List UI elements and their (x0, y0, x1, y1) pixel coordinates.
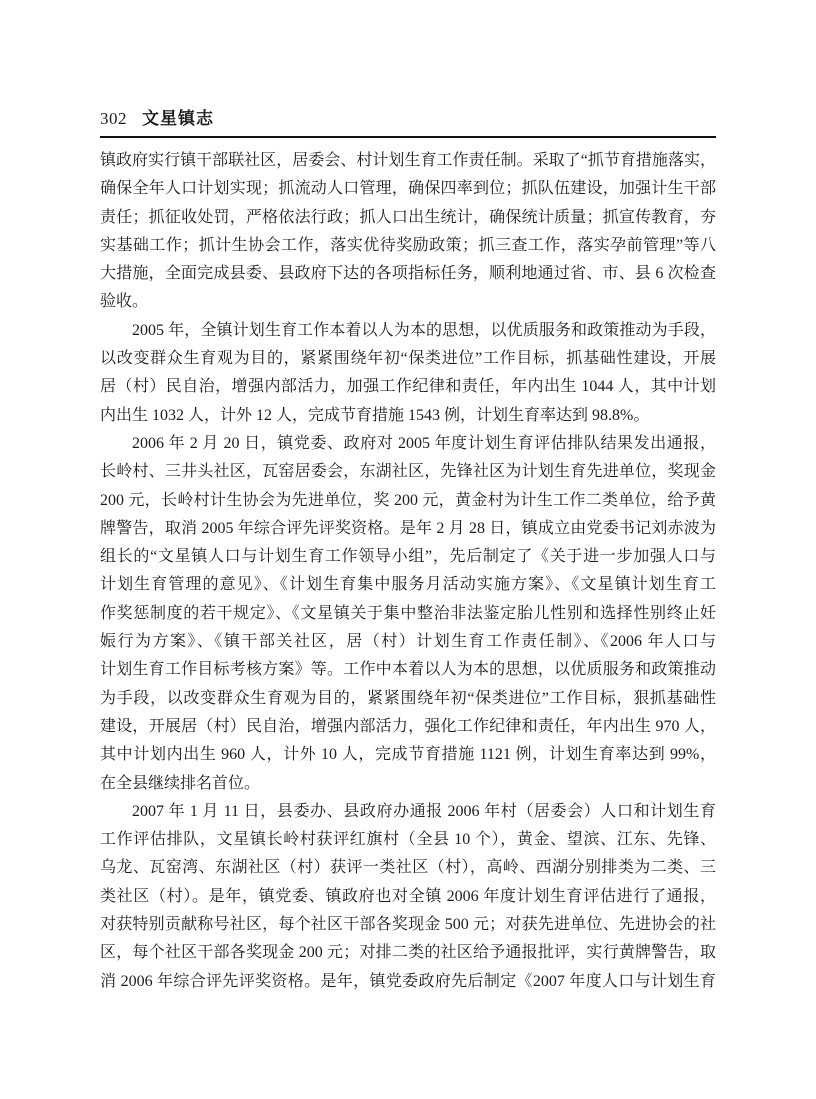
running-header: 302 文星镇志 (100, 104, 716, 138)
text-line: 长岭村、三井头社区，瓦窑居委会，东湖社区，先锋社区为计划生育先进单位，奖现金 (100, 458, 716, 486)
page-content: 302 文星镇志 镇政府实行镇干部联社区，居委会、村计划生育工作责任制。采取了“… (100, 104, 716, 996)
paragraph: 2007 年 1 月 11 日，县委办、县政府办通报 2006 年村（居委会）人… (100, 798, 716, 996)
text-line: 区，每个社区干部各奖现金 200 元；对排二类的社区给予通报批评，实行黄牌警告，… (100, 939, 716, 967)
text-line: 内出生 1032 人，计外 12 人，完成节育措施 1543 例，计划生育率达到… (100, 402, 716, 430)
text-line: 建设，开展居（村）民自治，增强内部活力，强化工作纪律和责任，年内出生 970 人… (100, 713, 716, 741)
text-line: 组长的“文星镇人口与计划生育工作领导小组”，先后制定了《关于进一步加强人口与 (100, 543, 716, 571)
text-line: 验收。 (100, 288, 716, 316)
text-line: 镇政府实行镇干部联社区，居委会、村计划生育工作责任制。采取了“抓节育措施落实， (100, 147, 716, 175)
text-line: 娠行为方案》、《镇干部关社区，居（村）计划生育工作责任制》、《2006 年人口与 (100, 628, 716, 656)
text-line: 200 元，长岭村计生协会为先进单位，奖 200 元，黄金村为计生工作二类单位，… (100, 487, 716, 515)
text-line: 居（村）民自治，增强内部活力，加强工作纪律和责任，年内出生 1044 人，其中计… (100, 373, 716, 401)
book-title: 文星镇志 (142, 104, 214, 129)
text-line: 实基础工作；抓计生协会工作，落实优待奖励政策；抓三查工作，落实孕前管理”等八 (100, 232, 716, 260)
paragraph: 2006 年 2 月 20 日，镇党委、政府对 2005 年度计划生育评估排队结… (100, 430, 716, 798)
body-text: 镇政府实行镇干部联社区，居委会、村计划生育工作责任制。采取了“抓节育措施落实，确… (100, 147, 716, 996)
text-line: 消 2006 年综合评先评奖资格。是年，镇党委政府先后制定《2007 年度人口与… (100, 968, 716, 996)
text-line: 在全县继续排名首位。 (100, 770, 716, 798)
paragraph: 镇政府实行镇干部联社区，居委会、村计划生育工作责任制。采取了“抓节育措施落实，确… (100, 147, 716, 317)
text-line: 作奖惩制度的若干规定》、《文星镇关于集中整治非法鉴定胎儿性别和选择性别终止妊 (100, 600, 716, 628)
text-line: 2007 年 1 月 11 日，县委办、县政府办通报 2006 年村（居委会）人… (100, 798, 716, 826)
text-line: 以改变群众生育观为目的，紧紧围绕年初“保类进位”工作目标，抓基础性建设，开展 (100, 345, 716, 373)
text-line: 计划生育管理的意见》、《计划生育集中服务月活动实施方案》、《文星镇计划生育工 (100, 571, 716, 599)
text-line: 为手段，以改变群众生育观为目的，紧紧围绕年初“保类进位”工作目标，狠抓基础性 (100, 685, 716, 713)
scanned-book-page: { "page": { "number": "302", "book_title… (0, 0, 816, 1099)
paragraph: 2005 年，全镇计划生育工作本着以人为本的思想，以优质服务和政策推动为手段，以… (100, 317, 716, 430)
text-line: 乌龙、瓦窑湾、东湖社区（村）获评一类社区（村），高岭、西湖分别排类为二类、三 (100, 854, 716, 882)
text-line: 类社区（村）。是年，镇党委、镇政府也对全镇 2006 年度计划生育评估进行了通报… (100, 883, 716, 911)
text-line: 2005 年，全镇计划生育工作本着以人为本的思想，以优质服务和政策推动为手段， (100, 317, 716, 345)
text-line: 工作评估排队，文星镇长岭村获评红旗村（全县 10 个），黄金、望滨、江东、先锋、 (100, 826, 716, 854)
page-number: 302 (100, 109, 127, 129)
text-line: 责任；抓征收处罚，严格依法行政；抓人口出生统计，确保统计质量；抓宣传教育，夯 (100, 204, 716, 232)
text-line: 确保全年人口计划实现；抓流动人口管理，确保四率到位；抓队伍建设，加强计生干部 (100, 175, 716, 203)
text-line: 其中计划内出生 960 人，计外 10 人，完成节育措施 1121 例，计划生育… (100, 741, 716, 769)
text-line: 2006 年 2 月 20 日，镇党委、政府对 2005 年度计划生育评估排队结… (100, 430, 716, 458)
text-line: 大措施，全面完成县委、县政府下达的各项指标任务，顺利地通过省、市、县 6 次检查 (100, 260, 716, 288)
text-line: 计划生育工作目标考核方案》等。工作中本着以人为本的思想，以优质服务和政策推动 (100, 656, 716, 684)
text-line: 对获特别贡献称号社区，每个社区干部各奖现金 500 元；对获先进单位、先进协会的… (100, 911, 716, 939)
text-line: 牌警告，取消 2005 年综合评先评奖资格。是年 2 月 28 日，镇成立由党委… (100, 515, 716, 543)
